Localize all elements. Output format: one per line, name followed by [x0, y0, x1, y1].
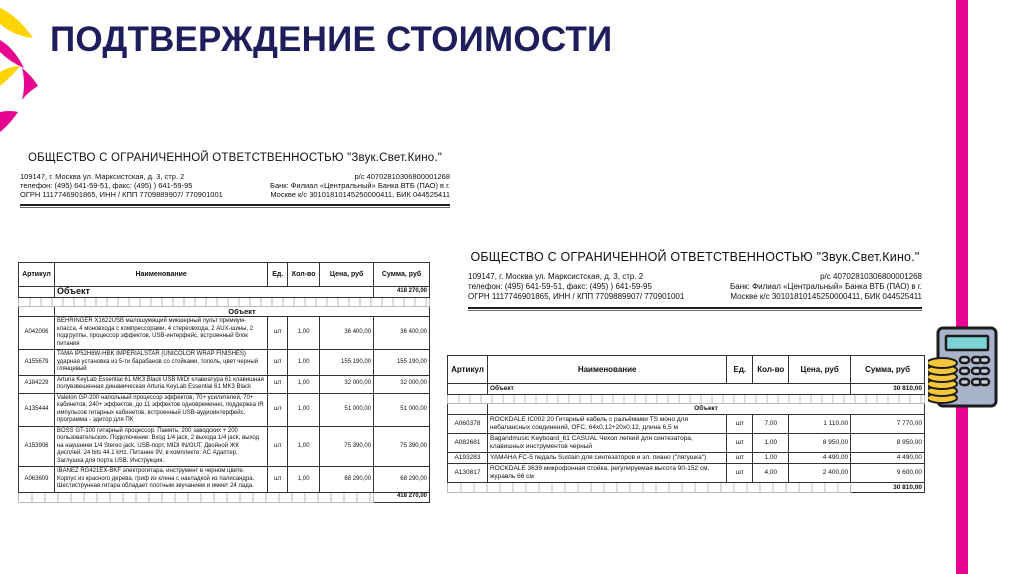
name-cell: Bagandmusic Keyboard_61 CASUAL Чехол лег… — [487, 434, 726, 453]
object-total: 418 270,00 — [374, 287, 430, 298]
unit-cell: шт — [268, 426, 288, 467]
name-cell: TAMA IP52H6W-HBK IMPERIALSTAR (UNICOLOR … — [54, 350, 267, 376]
sum-cell: 68 290,00 — [374, 467, 430, 493]
qty-cell: 4,00 — [753, 464, 789, 483]
name-cell: BEHRINGER X1622USB малошумящий микшерный… — [54, 317, 267, 350]
company-name: ОБЩЕСТВО С ОГРАНИЧЕННОЙ ОТВЕТСТВЕННОСТЬЮ… — [468, 250, 922, 264]
name-cell: YAMAHA FC-5 педаль Sustain для синтезато… — [487, 453, 726, 464]
table-row: A042006BEHRINGER X1622USB малошумящий ми… — [19, 317, 430, 350]
object-subheader: Объект — [487, 404, 924, 415]
table-row: A184229Arturia KeyLab Essential 61 MK3 B… — [19, 375, 430, 393]
unit-cell: шт — [268, 467, 288, 493]
sum-cell: 155 190,00 — [374, 350, 430, 376]
name-cell: Valeton GP-200 напольный процессор эффек… — [54, 393, 267, 426]
object-subheader: Объект — [54, 306, 429, 317]
sum-cell: 9 600,00 — [851, 464, 925, 483]
table-row: A193283YAMAHA FC-5 педаль Sustain для си… — [448, 453, 925, 464]
object-label: Объект — [54, 287, 373, 298]
table-row: A130817ROCKDALE 3639 микрофонная стойка,… — [448, 464, 925, 483]
header-divider — [468, 307, 922, 311]
sum-cell: 51 000,00 — [374, 393, 430, 426]
invoice-2-table: Артикул Наименование Ед. Кол-во Цена, ру… — [447, 355, 925, 493]
price-cell: 8 950,00 — [789, 434, 851, 453]
col-header-sku: Артикул — [448, 356, 488, 384]
sku-cell: A082681 — [448, 434, 488, 453]
bank-details: Москве к/с 30101810145250000411, БИК 044… — [730, 292, 922, 302]
price-cell: 1 110,00 — [789, 415, 851, 434]
sum-cell: 7 770,00 — [851, 415, 925, 434]
price-cell: 36 400,00 — [320, 317, 374, 350]
accent-bar — [956, 0, 968, 574]
sku-cell: A060378 — [448, 415, 488, 434]
table-row: A135444Valeton GP-200 напольный процессо… — [19, 393, 430, 426]
sum-cell: 75 390,00 — [374, 426, 430, 467]
sku-cell: A130817 — [448, 464, 488, 483]
col-header-price: Цена, руб — [320, 263, 374, 287]
price-cell: 68 290,00 — [320, 467, 374, 493]
table-row: A082681Bagandmusic Keyboard_61 CASUAL Че… — [448, 434, 925, 453]
company-phone: телефон: (495) 641-59-51, факс: (495) ) … — [468, 282, 684, 292]
col-header-name: Наименование — [487, 356, 726, 384]
bank-account: р/с 40702810306800001268 — [730, 272, 922, 282]
sku-cell: A153906 — [19, 426, 55, 467]
col-header-qty: Кол-во — [288, 263, 320, 287]
bank-details: Москве к/с 30101810145250000411, БИК 044… — [270, 190, 450, 199]
col-header-name: Наименование — [54, 263, 267, 287]
company-ogrn: ОГРН 1117746901865, ИНН / КПП 7709889907… — [468, 292, 684, 302]
sum-cell: 32 000,00 — [374, 375, 430, 393]
object-label: Объект — [487, 384, 850, 395]
col-header-qty: Кол-во — [753, 356, 789, 384]
header-divider — [20, 204, 450, 208]
object-total: 30 810,00 — [851, 384, 925, 395]
bank-account: р/с 40702810306800001268 — [270, 172, 450, 181]
unit-cell: шт — [727, 415, 753, 434]
bank-name: Банк: Филиал «Центральный» Банка ВТБ (ПА… — [270, 181, 450, 190]
price-cell: 155 190,00 — [320, 350, 374, 376]
table-row: A155679TAMA IP52H6W-HBK IMPERIALSTAR (UN… — [19, 350, 430, 376]
qty-cell: 1,00 — [288, 350, 320, 376]
name-cell: Arturia KeyLab Essential 61 MK3 Black US… — [54, 375, 267, 393]
sku-cell: A063609 — [19, 467, 55, 493]
col-header-sum: Сумма, руб — [851, 356, 925, 384]
col-header-sku: Артикул — [19, 263, 55, 287]
qty-cell: 1,00 — [288, 426, 320, 467]
unit-cell: шт — [268, 375, 288, 393]
qty-cell: 7,00 — [753, 415, 789, 434]
grand-total: 418 270,00 — [374, 492, 430, 502]
qty-cell: 1,00 — [288, 467, 320, 493]
sku-cell: A155679 — [19, 350, 55, 376]
table-row: A153906BOSS GT-100 гитарный процессор. П… — [19, 426, 430, 467]
table-row: A063609IBANEZ RG421EX-BKF электрогитара,… — [19, 467, 430, 493]
unit-cell: шт — [727, 434, 753, 453]
price-cell: 2 400,00 — [789, 464, 851, 483]
qty-cell: 1,00 — [288, 393, 320, 426]
grand-total: 30 810,00 — [851, 483, 925, 493]
sku-cell: A193283 — [448, 453, 488, 464]
sku-cell: A184229 — [19, 375, 55, 393]
name-cell: IBANEZ RG421EX-BKF электрогитара, инстру… — [54, 467, 267, 493]
col-header-unit: Ед. — [727, 356, 753, 384]
col-header-sum: Сумма, руб — [374, 263, 430, 287]
calculator-with-coins-icon — [928, 326, 1000, 410]
qty-cell: 1,00 — [288, 375, 320, 393]
unit-cell: шт — [268, 317, 288, 350]
price-cell: 32 000,00 — [320, 375, 374, 393]
company-name: ОБЩЕСТВО С ОГРАНИЧЕННОЙ ОТВЕТСТВЕННОСТЬЮ… — [20, 152, 450, 164]
invoice-2-header: ОБЩЕСТВО С ОГРАНИЧЕННОЙ ОТВЕТСТВЕННОСТЬЮ… — [468, 250, 922, 311]
name-cell: BOSS GT-100 гитарный процессор. Память: … — [54, 426, 267, 467]
table-row: A060378ROCKDALE IC002 20 Гитарный кабель… — [448, 415, 925, 434]
company-address: 109147, г. Москва ул. Марксистская, д. 3… — [20, 172, 223, 181]
unit-cell: шт — [727, 453, 753, 464]
sum-cell: 36 400,00 — [374, 317, 430, 350]
price-cell: 75 390,00 — [320, 426, 374, 467]
name-cell: ROCKDALE IC002 20 Гитарный кабель с разъ… — [487, 415, 726, 434]
col-header-price: Цена, руб — [789, 356, 851, 384]
sum-cell: 4 490,00 — [851, 453, 925, 464]
unit-cell: шт — [268, 350, 288, 376]
price-cell: 51 000,00 — [320, 393, 374, 426]
price-cell: 4 490,00 — [789, 453, 851, 464]
invoice-1-table: Артикул Наименование Ед. Кол-во Цена, ру… — [18, 262, 430, 503]
col-header-unit: Ед. — [268, 263, 288, 287]
sum-cell: 8 950,00 — [851, 434, 925, 453]
company-ogrn: ОГРН 1117746901865, ИНН / КПП 7709889907… — [20, 190, 223, 199]
qty-cell: 1,00 — [753, 453, 789, 464]
sku-cell: A135444 — [19, 393, 55, 426]
name-cell: ROCKDALE 3639 микрофонная стойка, регули… — [487, 464, 726, 483]
company-phone: телефон: (495) 641-59-51, факс: (495) ) … — [20, 181, 223, 190]
company-address: 109147, г. Москва ул. Марксистская, д. 3… — [468, 272, 684, 282]
bank-name: Банк: Филиал «Центральный» Банка ВТБ (ПА… — [730, 282, 922, 292]
qty-cell: 1,00 — [288, 317, 320, 350]
unit-cell: шт — [268, 393, 288, 426]
invoice-1-header: ОБЩЕСТВО С ОГРАНИЧЕННОЙ ОТВЕТСТВЕННОСТЬЮ… — [20, 152, 450, 208]
sku-cell: A042006 — [19, 317, 55, 350]
page-title: ПОДТВЕРЖДЕНИЕ СТОИМОСТИ — [50, 20, 612, 60]
unit-cell: шт — [727, 464, 753, 483]
qty-cell: 1,00 — [753, 434, 789, 453]
